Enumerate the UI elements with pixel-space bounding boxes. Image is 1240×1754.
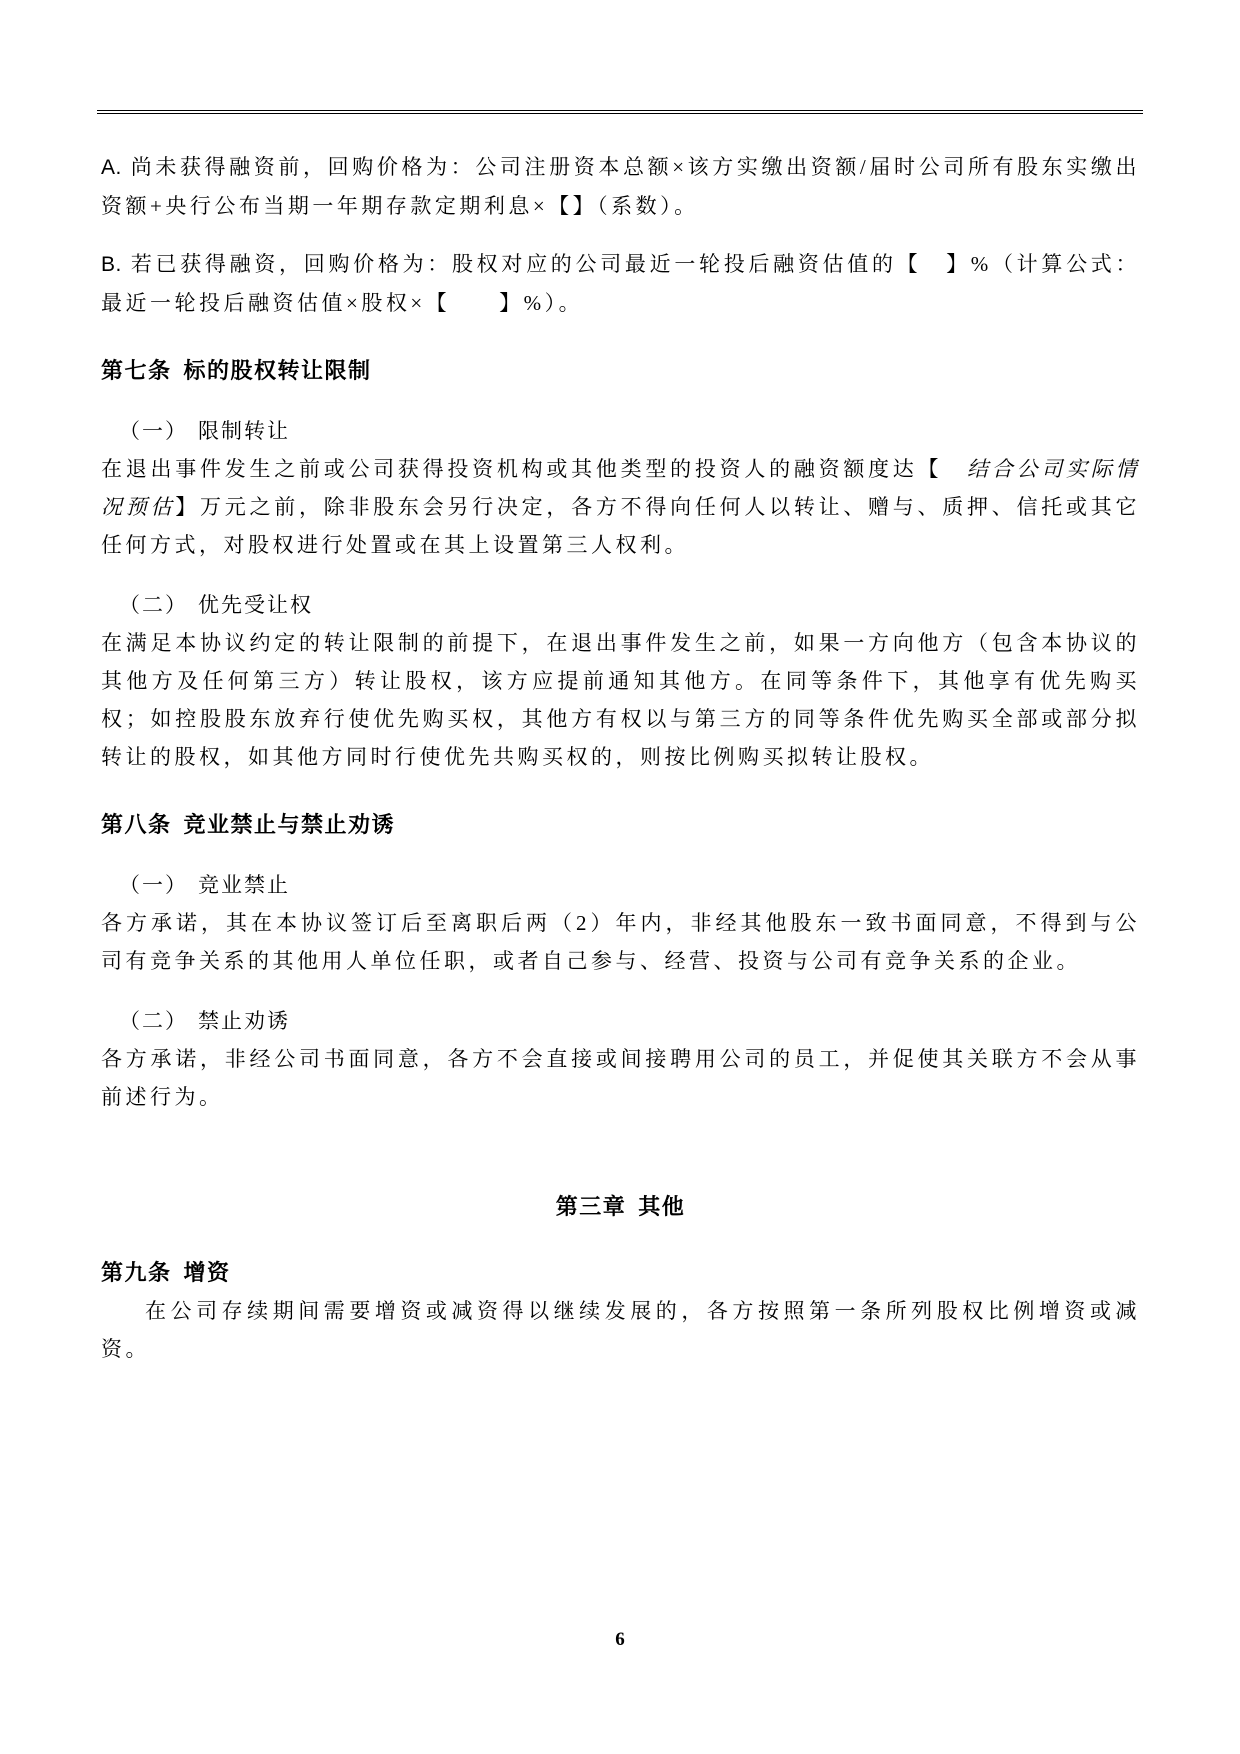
article-8-number: 第八条 (101, 812, 172, 837)
article-8-item-1-paragraph: 各方承诺，其在本协议签订后至离职后两（2）年内，非经其他股东一致书面同意，不得到… (101, 904, 1140, 980)
clause-a-text: 尚未获得融资前，回购价格为：公司注册资本总额×该方实缴出资额/届时公司所有股东实… (101, 155, 1140, 218)
article-9-title: 增资 (184, 1260, 231, 1285)
clause-b-paragraph: B. 若已获得融资，回购价格为：股权对应的公司最近一轮投后融资估值的【 】%（计… (101, 245, 1140, 322)
item-title: 限制转让 (198, 419, 290, 443)
article-8-title: 竞业禁止与禁止劝诱 (184, 812, 396, 837)
page-number: 6 (0, 1628, 1240, 1652)
item-marker: （二） (119, 586, 198, 624)
paragraph-text-before: 在退出事件发生之前或公司获得投资机构或其他类型的投资人的融资额度达【 (101, 457, 967, 481)
clause-b-text: 若已获得融资，回购价格为：股权对应的公司最近一轮投后融资估值的【 】%（计算公式… (101, 252, 1140, 315)
chapter-title: 其他 (638, 1194, 685, 1219)
article-7-title: 标的股权转让限制 (184, 358, 372, 383)
article-7-section: 第七条标的股权转让限制 （一）限制转让 在退出事件发生之前或公司获得投资机构或其… (101, 352, 1140, 776)
item-marker: （一） (119, 866, 198, 904)
article-7-item-1-paragraph: 在退出事件发生之前或公司获得投资机构或其他类型的投资人的融资额度达【 结合公司实… (101, 450, 1140, 564)
clause-b-label: B. (101, 253, 122, 276)
item-title: 禁止劝诱 (198, 1009, 290, 1033)
chapter-number: 第三章 (556, 1194, 627, 1219)
paragraph-text-after: 】万元之前，除非股东会另行决定，各方不得向任何人以转让、赠与、质押、信托或其它任… (101, 495, 1140, 557)
article-9-heading: 第九条增资 (101, 1254, 1140, 1292)
item-marker: （一） (119, 412, 198, 450)
article-9-paragraph: 在公司存续期间需要增资或减资得以继续发展的，各方按照第一条所列股权比例增资或减资… (101, 1292, 1140, 1368)
item-marker: （二） (119, 1002, 198, 1040)
clause-a-label: A. (101, 156, 122, 179)
item-title: 优先受让权 (198, 593, 313, 617)
article-7-item-1-heading: （一）限制转让 (101, 412, 1140, 450)
article-8-section: 第八条竞业禁止与禁止劝诱 （一）竞业禁止 各方承诺，其在本协议签订后至离职后两（… (101, 806, 1140, 1116)
header-rule (97, 110, 1143, 114)
item-title: 竞业禁止 (198, 873, 290, 897)
article-8-item-2-paragraph: 各方承诺，非经公司书面同意，各方不会直接或间接聘用公司的员工，并促使其关联方不会… (101, 1040, 1140, 1116)
article-7-number: 第七条 (101, 358, 172, 383)
article-8-item-1-heading: （一）竞业禁止 (101, 866, 1140, 904)
article-9-section: 第九条增资 在公司存续期间需要增资或减资得以继续发展的，各方按照第一条所列股权比… (101, 1254, 1140, 1368)
article-8-item-2-heading: （二）禁止劝诱 (101, 1002, 1140, 1040)
document-body: A. 尚未获得融资前，回购价格为：公司注册资本总额×该方实缴出资额/届时公司所有… (101, 148, 1140, 1368)
document-page: A. 尚未获得融资前，回购价格为：公司注册资本总额×该方实缴出资额/届时公司所有… (0, 0, 1240, 1754)
article-7-item-2-paragraph: 在满足本协议约定的转让限制的前提下，在退出事件发生之前，如果一方向他方（包含本协… (101, 624, 1140, 776)
clause-a-paragraph: A. 尚未获得融资前，回购价格为：公司注册资本总额×该方实缴出资额/届时公司所有… (101, 148, 1140, 225)
article-7-item-2-heading: （二）优先受让权 (101, 586, 1140, 624)
chapter-3-heading: 第三章其他 (101, 1188, 1140, 1226)
article-7-heading: 第七条标的股权转让限制 (101, 352, 1140, 390)
article-8-heading: 第八条竞业禁止与禁止劝诱 (101, 806, 1140, 844)
article-9-number: 第九条 (101, 1260, 172, 1285)
